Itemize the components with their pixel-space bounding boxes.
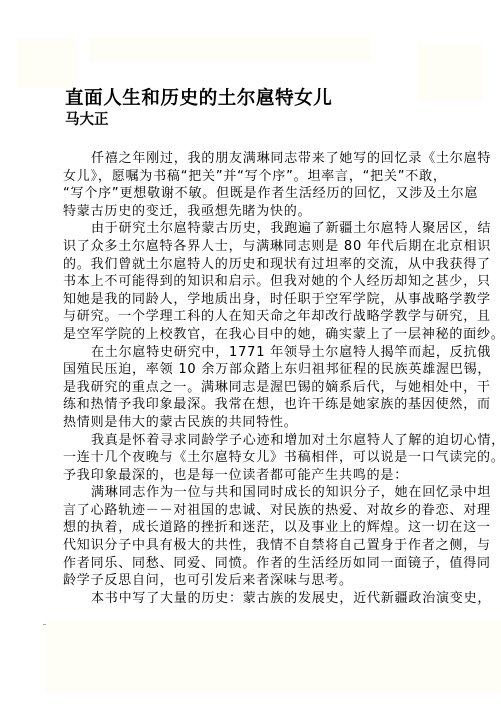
text-line: 满琳同志作为一位与共和国同时成长的知识分子，她在回忆录中坦 xyxy=(63,484,439,502)
text-line: 识了众多土尔扈特各界人士，与满琳同志则是 80 年代后期在北京相识 xyxy=(63,238,439,256)
page-mark xyxy=(43,624,46,625)
text-line: 作者同乐、同愁、同爱、同愤。作者的生活经历如同一面镜子，值得同 xyxy=(63,555,439,573)
text-line: 热情则是伟大的蒙古民族的共同特性。 xyxy=(63,414,439,432)
text-line: 是我研究的重点之一。满琳同志是渥巴锡的嫡系后代，与她相处中，干 xyxy=(63,379,439,397)
document-author: 马大正 xyxy=(65,111,109,129)
text-line: 我真是怀着寻求同龄学子心迹和增加对土尔扈特人了解的迫切心情， xyxy=(63,432,439,450)
text-line: “写个序”更想敬谢不敏。但既是作者生活经历的回忆，又涉及土尔扈 xyxy=(63,185,439,203)
text-line: 的。我们曾就土尔扈特人的历史和现状有过坦率的交流，从中我获得了 xyxy=(63,256,439,274)
text-line: 女儿》，愿嘱为书稿“把关”并“写个序”。坦率言，“把关”不敢， xyxy=(63,168,439,186)
text-line: 在土尔扈特史研究中，1771 年领导土尔扈特人揭竿而起，反抗俄 xyxy=(63,344,439,362)
background-block-bottom xyxy=(45,620,501,693)
text-line: 由于研究土尔扈特蒙古历史，我跑遍了新疆土尔扈特人聚居区，结 xyxy=(63,220,439,238)
document-body: 仟禧之年刚过，我的朋友满琳同志带来了她写的回忆录《土尔扈特女儿》，愿嘱为书稿“把… xyxy=(63,150,439,607)
text-line: 与研究。一个学理工科的人在知天命之年却改行战略学教学与研究，且 xyxy=(63,308,439,326)
background-block-right xyxy=(418,44,483,101)
document-title: 直面人生和历史的土尔扈特女儿 xyxy=(65,88,332,110)
text-line: 练和热情予我印象最深。我常在想，也许干练是她家族的基因使然，而 xyxy=(63,396,439,414)
background-block-left xyxy=(17,38,77,88)
text-line: 龄学子反思自问，也可引发后来者深味与思考。 xyxy=(63,572,439,590)
text-line: 本书中写了大量的历史：蒙古族的发展史，近代新疆政治演变史， xyxy=(63,590,439,608)
text-line: 予我印象最深的，也是每一位读者都可能产生共鸣的是： xyxy=(63,467,439,485)
text-line: 言了心路轨迹－－对祖国的忠诚、对民族的热爱、对故乡的眷恋、对理 xyxy=(63,502,439,520)
text-line: 知她是我的同龄人，学地质出身，时任职于空军学院，从事战略学教学 xyxy=(63,291,439,309)
text-line: 特蒙古历史的变迁，我亟想先睹为快的。 xyxy=(63,203,439,221)
text-line: 是空军学院的上校教官，在我心目中的她，确实蒙上了一层神秘的面纱。 xyxy=(63,326,439,344)
text-line: 仟禧之年刚过，我的朋友满琳同志带来了她写的回忆录《土尔扈特 xyxy=(63,150,439,168)
background-block-top xyxy=(89,37,371,61)
text-line: 想的执着，成长道路的挫折和迷茫，以及事业上的辉煌。这一切在这一 xyxy=(63,519,439,537)
text-line: 书本上不可能得到的知识和启示。但我对她的个人经历却知之甚少，只 xyxy=(63,273,439,291)
text-line: 一连十几个夜晚与《土尔扈特女儿》书稿相伴，可以说是一口气读完的。 xyxy=(63,449,439,467)
text-line: 代知识分子中具有极大的共性，我情不自禁将自己置身于作者之侧，与 xyxy=(63,537,439,555)
text-line: 国殖民压迫，率领 10 余万部众踏上东归祖邦征程的民族英雄渥巴锡， xyxy=(63,361,439,379)
